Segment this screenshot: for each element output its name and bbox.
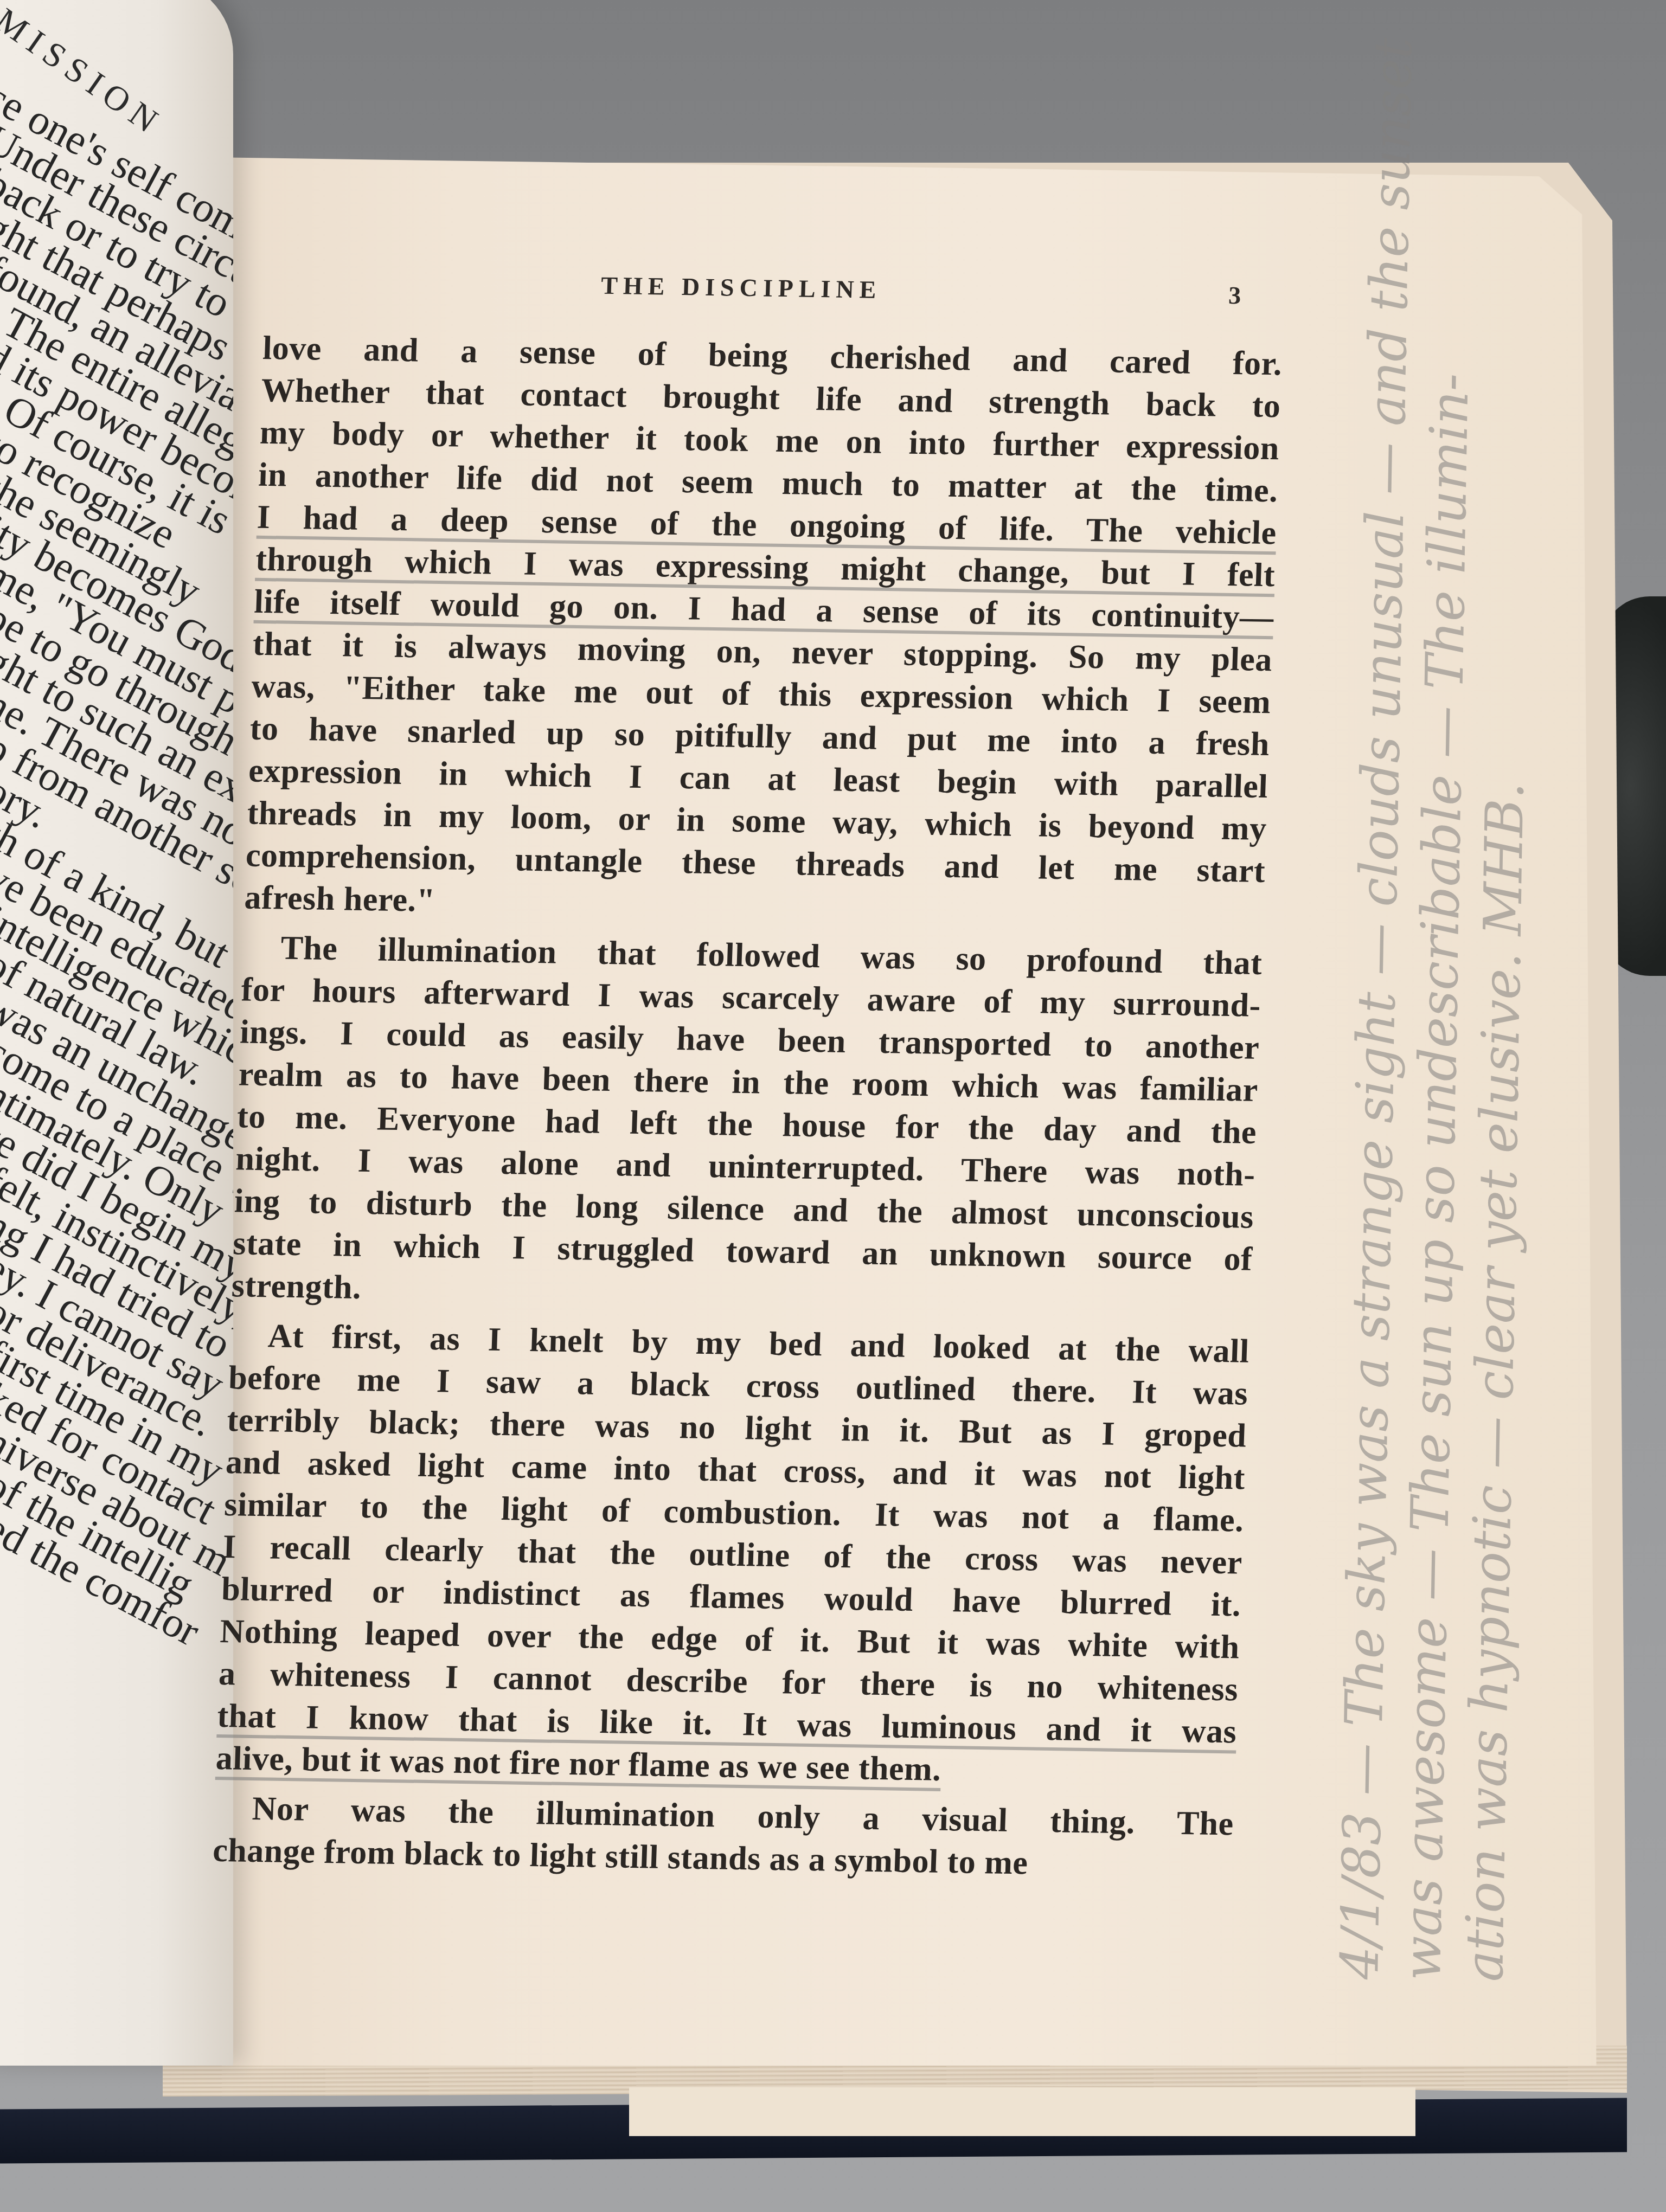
paragraph: love and a sense of being cherished and … bbox=[244, 327, 1283, 935]
paragraph: At first, as I knelt by my bed and looke… bbox=[215, 1314, 1250, 1795]
inserted-paper-slip bbox=[629, 2087, 1415, 2136]
page-number: 3 bbox=[1228, 281, 1241, 310]
left-page-text: ce one's self compUnder these circumback… bbox=[0, 70, 233, 1545]
left-page: MISSION ce one's self compUnder these ci… bbox=[0, 0, 233, 2066]
chapter-title: THE DISCIPLINE bbox=[601, 271, 882, 304]
right-page-text: THE DISCIPLINE 3 love and a sense of bei… bbox=[212, 255, 1285, 1887]
paragraph: Nor was the illumination only a visual t… bbox=[212, 1787, 1234, 1887]
body-paragraphs: love and a sense of being cherished and … bbox=[212, 327, 1283, 1887]
paragraph: The illumination that followed was so pr… bbox=[231, 927, 1263, 1323]
handwritten-margin-note: 4/1/83 — The sky was a strange sight — c… bbox=[1329, 678, 1539, 1982]
